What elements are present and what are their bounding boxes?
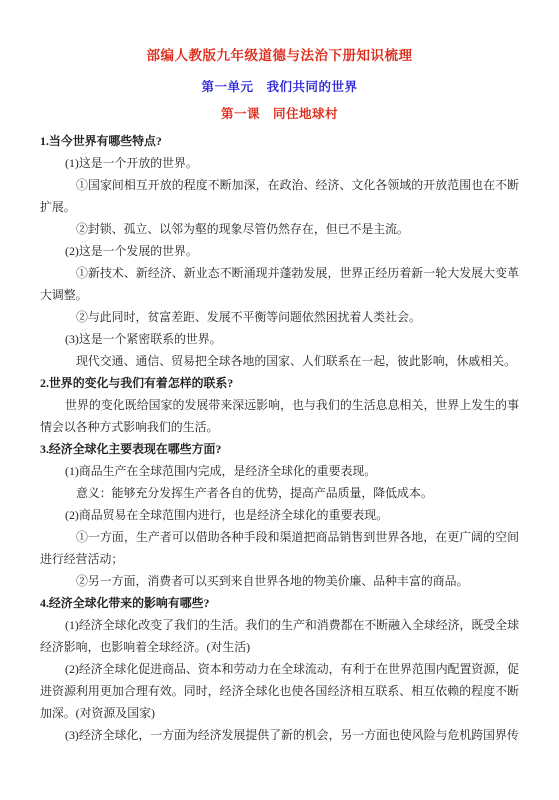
answer-paragraph: 意义：能够充分发挥生产者各自的优势，提高产品质量，降低成本。 [40,482,519,504]
answer-paragraph: (3)这是一个紧密联系的世界。 [40,328,519,350]
question-heading: 2.世界的变化与我们有着怎样的联系? [40,372,519,394]
answer-paragraph: ②与此同时，贫富差距、发展不平衡等问题依然困扰着人类社会。 [40,306,519,328]
question-heading: 4.经济全球化带来的影响有哪些? [40,592,519,614]
answer-paragraph: (1)经济全球化改变了我们的生活。我们的生产和消费都在不断融入全球经济，既受全球… [40,614,519,658]
answer-paragraph: ①一方面，生产者可以借助各种手段和渠道把商品销售到世界各地，在更广阔的空间进行经… [40,526,519,570]
qa-section-3: 3.经济全球化主要表现在哪些方面? (1)商品生产在全球范围内完成，是经济全球化… [40,438,519,592]
answer-paragraph: ②另一方面，消费者可以买到来自世界各地的物美价廉、品种丰富的商品。 [40,570,519,592]
lesson-heading: 第一课 同住地球村 [40,105,519,123]
document-page: 部编人教版九年级道德与法治下册知识梳理 第一单元 我们共同的世界 第一课 同住地… [0,0,559,800]
qa-section-2: 2.世界的变化与我们有着怎样的联系? 世界的变化既给国家的发展带来深远影响，也与… [40,372,519,438]
answer-paragraph: (1)商品生产在全球范围内完成，是经济全球化的重要表现。 [40,460,519,482]
answer-paragraph: 现代交通、通信、贸易把全球各地的国家、人们联系在一起，彼此影响，休戚相关。 [40,350,519,372]
answer-paragraph: (2)商品贸易在全球范围内进行，也是经济全球化的重要表现。 [40,504,519,526]
answer-paragraph: (3)经济全球化，一方面为经济发展提供了新的机会，另一方面也使风险与危机跨国界传 [40,724,519,746]
answer-paragraph: (2)这是一个发展的世界。 [40,240,519,262]
answer-paragraph: ②封锁、孤立、以邻为壑的现象尽管仍然存在，但已不是主流。 [40,218,519,240]
unit-heading: 第一单元 我们共同的世界 [40,78,519,96]
question-heading: 1.当今世界有哪些特点? [40,130,519,152]
answer-paragraph: ①新技术、新经济、新业态不断涌现并蓬勃发展，世界正经历着新一轮大发展大变革大调整… [40,262,519,306]
answer-paragraph: 世界的变化既给国家的发展带来深远影响，也与我们的生活息息相关，世界上发生的事情会… [40,394,519,438]
answer-paragraph: (2)经济全球化促进商品、资本和劳动力在全球流动，有利于在世界范围内配置资源，促… [40,658,519,724]
qa-section-4: 4.经济全球化带来的影响有哪些? (1)经济全球化改变了我们的生活。我们的生产和… [40,592,519,746]
answer-paragraph: ①国家间相互开放的程度不断加深，在政治、经济、文化各领域的开放范围也在不断扩展。 [40,174,519,218]
question-heading: 3.经济全球化主要表现在哪些方面? [40,438,519,460]
answer-paragraph: (1)这是一个开放的世界。 [40,152,519,174]
qa-section-1: 1.当今世界有哪些特点? (1)这是一个开放的世界。 ①国家间相互开放的程度不断… [40,130,519,372]
doc-title: 部编人教版九年级道德与法治下册知识梳理 [40,46,519,66]
